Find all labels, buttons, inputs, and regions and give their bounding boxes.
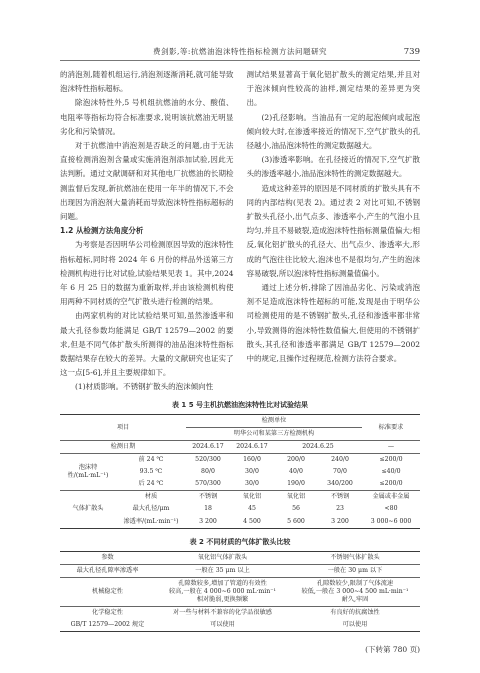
paragraph: 除泡沫特性外,5 号机组抗燃油的水分、酸值、电阻率等指标均符合标准要求,说明该抗… [60,96,234,139]
t1-cell: 18 [186,503,230,515]
t1-cell: 570/300 [186,478,230,491]
t1-cell: 2024.6.17 [186,441,230,454]
page-number: 739 [404,46,420,58]
t1-cell: <80 [362,503,420,515]
t1-sub-label: 93.5 ℃ [116,466,186,478]
t2-cell: 一般在 35 μm 以上 [155,564,290,577]
t2-cell: 孔隙数较多,增加了管道的有效性 较高,一般在 4 000~6 000 mL·mi… [155,577,290,606]
running-head: 费剑影,等:抗燃油泡沫特性指标检测方法问题研究 739 [60,46,420,61]
t1-header-unit: 检测单位 [186,415,362,428]
t2-row-label: GB/T 12579—2002 规定 [60,619,155,632]
t1-cell: 200/0 [274,454,318,467]
continuation-note: (下转第 780 页) [60,644,420,655]
t1-cell: 2024.6.17 [230,441,274,454]
table-row: 化学稳定性 对一些与材料不兼容的化学品很敏感 有良好的抗腐蚀性 [60,606,420,619]
t1-sub-label: 渗透率/(mL·min⁻¹) [116,516,186,529]
t1-cell: 3 200 [318,516,362,529]
t1-cell: 氧化铝 [274,491,318,504]
t1-cell: 160/0 [230,454,274,467]
t1-cell: 340/200 [318,478,362,491]
t2-header-steel: 不锈钢气体扩散头 [290,551,420,564]
t1-cell: ≤40/0 [362,466,420,478]
t1-cell: 3 200 [186,516,230,529]
table-row: GB/T 12579—2002 规定 可以使用 可以使用 [60,619,420,632]
t1-cell: 45 [230,503,274,515]
t2-row-label: 化学稳定性 [60,606,155,619]
t1-header-item: 项目 [60,415,186,441]
paragraph: 为考察是否因明华公司检测原因导致的泡沫特性指标超标,同时将 2024 年 6 月… [60,238,234,309]
t2-cell: 可以使用 [290,619,420,632]
t2-row-label: 机械稳定性 [60,577,155,606]
t1-diffuser-group-label: 气体扩散头 [60,491,116,528]
paragraph: (2)孔径影响。当油品有一定的起泡倾向或起泡倾向较大时,在渗透率接近的情况下,空… [247,111,421,154]
t2-cell: 可以使用 [155,619,290,632]
journal-page: 费剑影,等:抗燃油泡沫特性指标检测方法问题研究 739 的消泡剂,随着机组运行,… [0,0,480,673]
t1-cell: 金属或非金属 [362,491,420,504]
t1-cell: 40/0 [274,466,318,478]
table-row: 检测日期 2024.6.17 2024.6.17 2024.6.25 — [60,441,420,454]
t1-cell: 2024.6.25 [274,441,362,454]
t1-date-label: 检测日期 [60,441,186,454]
t1-cell: 70/0 [318,466,362,478]
left-column: 的消泡剂,随着机组运行,消泡剂逐渐消耗,就可能导致泡沫特性指标超标。 除泡沫特性… [60,68,234,392]
paragraph: 由两家机构的对比试验结果可知,虽然渗透率和最大孔径参数均能满足 GB/T 125… [60,309,234,380]
t1-cell: 240/0 [318,454,362,467]
t1-cell: 520/300 [186,454,230,467]
t1-foam-group-label: 泡沫特性/(mL·mL⁻¹) [60,454,116,491]
t1-cell: 30/0 [230,466,274,478]
section-heading-1-2: 1.2 从检测方法角度分析 [60,224,234,238]
t2-cell: 一般在 30 μm 以下 [290,564,420,577]
t1-cell: 5 600 [274,516,318,529]
t2-cell: 对一些与材料不兼容的化学品很敏感 [155,606,290,619]
t2-header-param: 参数 [60,551,155,564]
table-1: 项目 检测单位 标准要求 明华公司和某第三方检测机构 检测日期 2024.6.1… [60,414,420,529]
paragraph: 测试结果显著高于氧化铝扩散头的测定结果,并且对于泡沫倾向性较高的油样,测定结果的… [247,68,421,111]
t2-cell: 孔隙数较少,限制了气体流速 较低,一般在 3 000~4 500 mL·min⁻… [290,577,420,606]
running-head-title: 费剑影,等:抗燃油泡沫特性指标检测方法问题研究 [153,47,327,56]
table-2-title: 表 2 不同材质的气体扩散头比较 [60,537,420,547]
t2-cell: 有良好的抗腐蚀性 [290,606,420,619]
paragraph: 对于抗燃油中消泡剂是否缺乏的问题,由于无法直接检测消泡剂含量或实施消泡剂添加试验… [60,139,234,224]
t2-header-alumina: 氧化铝气体扩散头 [155,551,290,564]
t1-header-standard: 标准要求 [362,415,420,441]
t1-cell: 4 500 [230,516,274,529]
t1-cell: 3 000~6 000 [362,516,420,529]
t1-sub-label: 最大孔径/μm [116,503,186,515]
t1-sub-label: 材质 [116,491,186,504]
table-1-title: 表 1 5 号主机抗燃油泡沫特性比对试验结果 [60,400,420,410]
t1-cell: 30/0 [230,478,274,491]
t1-header-unit-sub: 明华公司和某第三方检测机构 [186,428,362,441]
t1-cell: 不锈钢 [186,491,230,504]
t1-cell: ≤200/0 [362,478,420,491]
t1-cell: 190/0 [274,478,318,491]
t1-cell: 23 [318,503,362,515]
right-column: 测试结果显著高于氧化铝扩散头的测定结果,并且对于泡沫倾向性较高的油样,测定结果的… [247,68,421,392]
body-columns: 的消泡剂,随着机组运行,消泡剂逐渐消耗,就可能导致泡沫特性指标超标。 除泡沫特性… [60,68,420,392]
t1-cell: — [362,441,420,454]
paragraph: (3)渗透率影响。在孔径接近的情况下,空气扩散头的渗透率越小,油品泡沫特性的测定… [247,153,421,181]
t2-row-label: 最大孔径孔隙率渗透率 [60,564,155,577]
t1-cell: 80/0 [186,466,230,478]
paragraph: 的消泡剂,随着机组运行,消泡剂逐渐消耗,就可能导致泡沫特性指标超标。 [60,68,234,96]
paragraph: 通过上述分析,排除了因油品劣化、污染或消泡剂不足造成泡沫特性超标的可能,发现是由… [247,281,421,366]
t1-cell: ≤200/0 [362,454,420,467]
paragraph: (1)材质影响。不锈钢扩散头的泡沫倾向性 [60,380,234,392]
table-row: 最大孔径孔隙率渗透率 一般在 35 μm 以上 一般在 30 μm 以下 [60,564,420,577]
table-row: 泡沫特性/(mL·mL⁻¹) 前 24 ℃ 520/300 160/0 200/… [60,454,420,467]
t1-sub-label: 前 24 ℃ [116,454,186,467]
paragraph: 造成这种差异的原因是不同材质的扩散头具有不同的内部结构(见表 2)。通过表 2 … [247,182,421,281]
table-row: 气体扩散头 材质 不锈钢 氧化铝 氧化铝 不锈钢 金属或非金属 [60,491,420,504]
t1-cell: 氧化铝 [230,491,274,504]
t1-sub-label: 后 24 ℃ [116,478,186,491]
t1-cell: 56 [274,503,318,515]
table-2: 参数 氧化铝气体扩散头 不锈钢气体扩散头 最大孔径孔隙率渗透率 一般在 35 μ… [60,551,420,632]
t1-cell: 不锈钢 [318,491,362,504]
table-row: 机械稳定性 孔隙数较多,增加了管道的有效性 较高,一般在 4 000~6 000… [60,577,420,606]
